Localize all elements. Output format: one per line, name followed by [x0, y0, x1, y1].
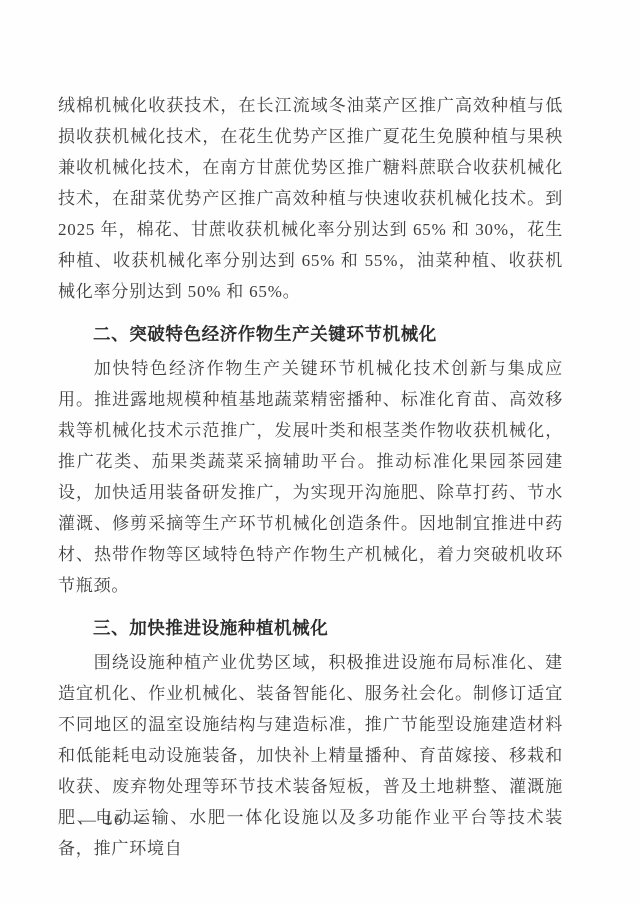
page-number: — 16 — — [80, 812, 148, 830]
paragraph-cotton-sugarcane-harvest: 绒棉机械化收获技术，在长江流域冬油菜产区推广高效种植与低损收获机械化技术，在花生… — [58, 90, 563, 307]
page-content: 绒棉机械化收获技术，在长江流域冬油菜产区推广高效种植与低损收获机械化技术，在花生… — [58, 90, 563, 864]
paragraph-special-economic-crops: 加快特色经济作物生产关键环节机械化技术创新与集成应用。推进露地规模种植基地蔬菜精… — [58, 353, 563, 601]
section-heading-facility-planting: 三、加快推进设施种植机械化 — [58, 613, 563, 644]
section-heading-special-economic-crops: 二、突破特色经济作物生产关键环节机械化 — [58, 319, 563, 350]
paragraph-facility-planting: 围绕设施种植产业优势区域，积极推进设施布局标准化、建造宜机化、作业机械化、装备智… — [58, 647, 563, 864]
document-page: 绒棉机械化收获技术，在长江流域冬油菜产区推广高效种植与低损收获机械化技术，在花生… — [0, 0, 640, 905]
